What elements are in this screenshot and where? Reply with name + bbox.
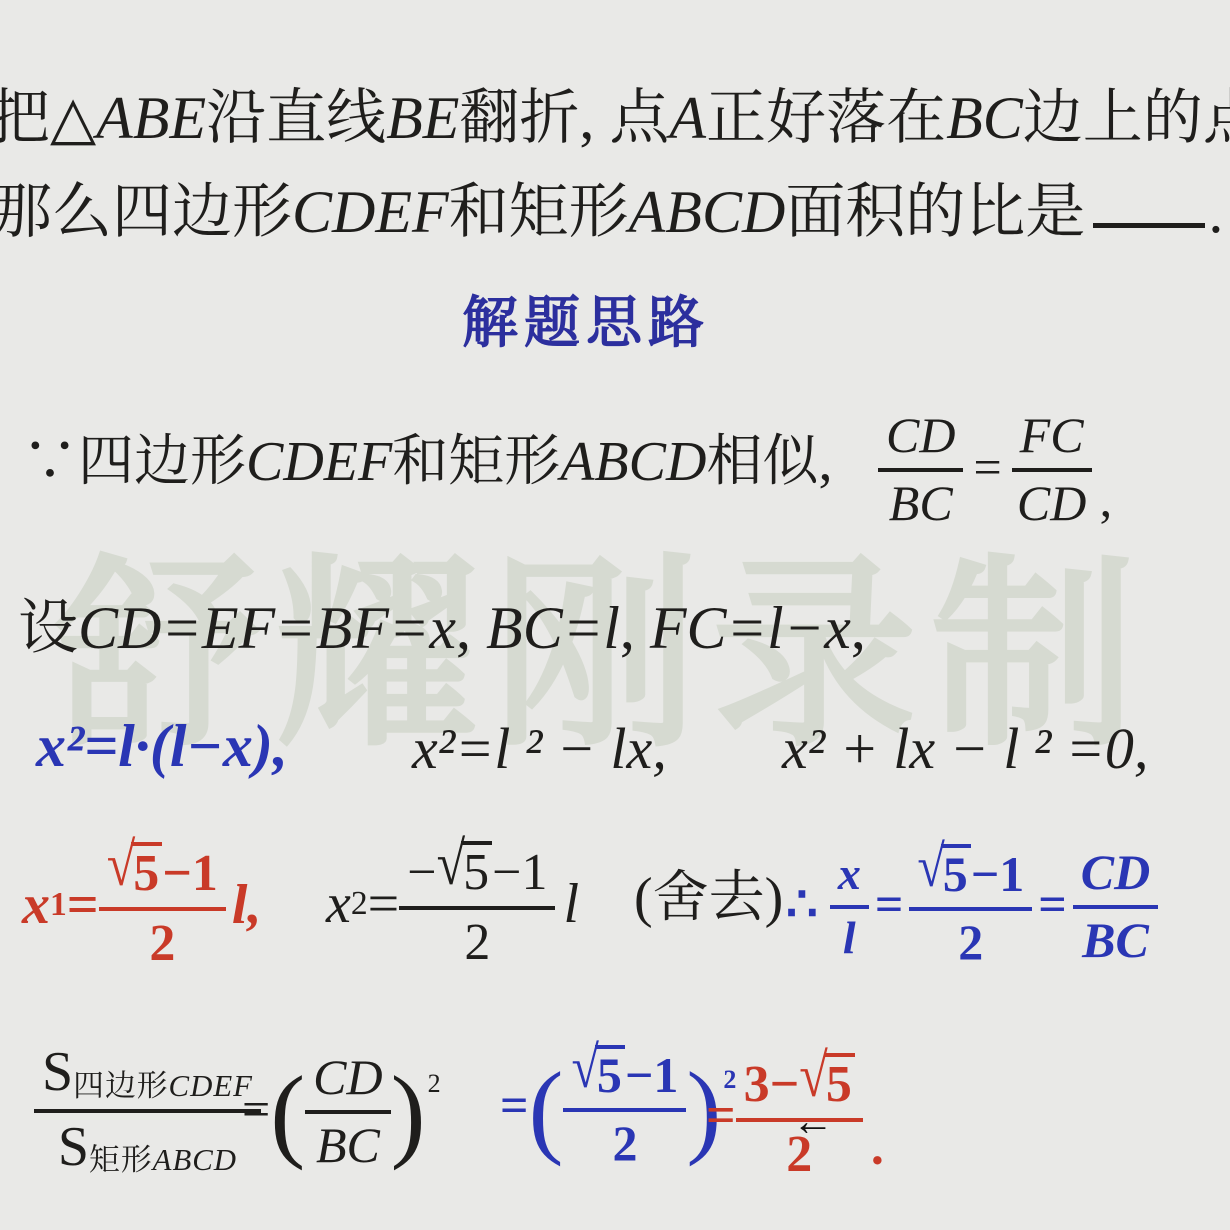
radicand: 5: [131, 842, 162, 900]
fraction-cd-bc: CD BC: [305, 1050, 390, 1171]
area-symbol-cdef: S四边形CDEF: [42, 1044, 253, 1101]
fraction-numerator: S四边形CDEF: [34, 1042, 261, 1112]
s-base: S: [58, 1119, 89, 1176]
numerator-rest: −1: [162, 847, 218, 900]
radical-sign: √: [107, 834, 136, 897]
fraction-numerator: √5−1: [909, 842, 1032, 911]
equals-sign: =: [368, 872, 400, 936]
fraction-golden: √5−1 2: [99, 840, 226, 970]
equation-3: x² + lx − l ² =0,: [782, 716, 1148, 783]
fraction-denominator: BC: [316, 1114, 380, 1171]
fraction-denominator: 2: [612, 1112, 637, 1169]
rejected-note: (舍去): [634, 866, 783, 930]
text-run: ,: [456, 595, 486, 661]
sqrt-radical: √5: [437, 841, 493, 899]
text-run: 正好落在: [706, 85, 946, 151]
fraction-denominator: BC: [1082, 909, 1149, 966]
text-run: ∵: [22, 431, 78, 493]
equation-2: x²=l ² − lx,: [412, 716, 667, 783]
squared-ratio-blue: = ( √5−1 2 ) 2: [500, 1022, 736, 1190]
problem-line-1: 把△ABE沿直线BE翻折, 点A正好落在BC边上的点: [0, 84, 1230, 153]
text-run: 把: [0, 85, 50, 151]
answer-period: .: [1208, 179, 1223, 245]
numerator-pre: 3−: [744, 1058, 800, 1111]
text-run: 和矩形: [449, 179, 629, 245]
numerator-rest: −1: [492, 846, 547, 899]
fraction-denominator: 2: [464, 910, 490, 969]
text-run: 翻折, 点: [459, 85, 669, 151]
text-run: △: [50, 85, 96, 151]
text-run: ABCD: [153, 1143, 237, 1177]
radicand: 5: [941, 844, 971, 900]
similarity-statement: ∵四边形CDEF和矩形ABCD相似,: [22, 430, 832, 494]
fraction-numerator: CD: [1073, 845, 1158, 909]
text-run: CDEF: [292, 179, 449, 245]
fraction-cd-bc: CD BC: [1073, 845, 1158, 966]
text-run: 那么四边形: [0, 179, 292, 245]
text-run: 边上的点: [1023, 85, 1230, 151]
fraction-denominator: S矩形ABCD: [58, 1113, 237, 1176]
text-run: BC=l: [486, 595, 620, 661]
subscript-2: 2: [351, 887, 368, 921]
area-ratio: S四边形CDEF S矩形ABCD: [34, 1030, 261, 1188]
equals-sign: =: [1038, 876, 1067, 934]
squared-ratio-black: = ( CD BC ) 2: [242, 1034, 441, 1186]
variable-x2: x: [326, 872, 351, 936]
text-run: ABCD: [560, 431, 706, 493]
answer-blank: [1093, 218, 1205, 228]
numerator-rest: −1: [625, 1050, 679, 1101]
equals-sign: =: [973, 439, 1001, 497]
text-run: A: [669, 85, 706, 151]
text-run: CDEF: [169, 1069, 253, 1103]
comma: ,: [1100, 471, 1113, 529]
power-2: 2: [428, 1069, 441, 1099]
text-run: 矩形: [89, 1143, 153, 1177]
fraction-golden: √5−1 2: [563, 1043, 686, 1169]
text-run: 四边形: [73, 1069, 168, 1103]
fraction-fc-cd: FC CD: [1012, 408, 1092, 529]
s-subscript: 四边形CDEF: [73, 1071, 253, 1102]
sqrt-radical: √5: [571, 1045, 624, 1101]
problem-line-2: 那么四边形CDEF和矩形ABCD面积的比是.: [0, 178, 1223, 247]
fraction-denominator: l: [843, 909, 856, 962]
text-run: CD=EF=BF=x: [78, 595, 456, 661]
text-run: 和矩形: [392, 431, 560, 493]
fraction-numerator: CD: [878, 408, 963, 472]
equals-sign: =: [500, 1077, 529, 1135]
fraction-x-l: x l: [830, 849, 869, 962]
text-run: 沿直线: [206, 85, 386, 151]
fraction-numerator: √5−1: [563, 1043, 686, 1112]
ratio-equation: CD BC = FC CD ,: [878, 392, 1112, 544]
fraction-numerator: √5−1: [99, 840, 226, 911]
minus-sign: −: [407, 846, 436, 899]
fraction-golden: √5−1 2: [909, 842, 1032, 968]
fraction-denominator: 2: [149, 911, 175, 970]
text-run: CDEF: [246, 431, 392, 493]
equals-sign: =: [242, 1081, 270, 1139]
fraction-negative-root: −√5−1 2: [399, 839, 555, 969]
fraction-denominator: CD: [1017, 472, 1086, 529]
text-run: BE: [386, 85, 459, 151]
fraction-denominator: BC: [889, 472, 953, 529]
fraction-numerator: CD: [305, 1050, 390, 1114]
equation-1: x²=l·(l−x),: [36, 712, 288, 781]
coefficient-l: l: [563, 872, 579, 936]
lecture-slide: 舒耀刚录制 把△ABE沿直线BE翻折, 点A正好落在BC边上的点 那么四边形CD…: [0, 0, 1230, 1230]
radical-sign: √: [571, 1038, 598, 1098]
fraction-areas: S四边形CDEF S矩形ABCD: [34, 1042, 261, 1175]
fraction-denominator: 2: [958, 911, 983, 968]
s-subscript: 矩形ABCD: [89, 1145, 237, 1176]
text-run: 四边形: [78, 431, 246, 493]
text-run: FC=l−x: [650, 595, 851, 661]
radicand: 5: [595, 1045, 625, 1101]
text-run: 设: [18, 595, 78, 661]
variable-x1: x: [22, 873, 50, 937]
final-period: .: [871, 1118, 884, 1178]
problem-line-2-text: 那么四边形CDEF和矩形ABCD面积的比是: [0, 179, 1085, 245]
text-run: 相似,: [706, 431, 832, 493]
let-statement: 设CD=EF=BF=x, BC=l, FC=l−x,: [18, 594, 866, 663]
numerator-rest: −1: [971, 849, 1025, 900]
s-base: S: [42, 1044, 73, 1101]
section-heading: 解题思路: [462, 292, 710, 356]
sqrt-radical: √5: [107, 842, 163, 900]
text-run: ,: [851, 595, 866, 661]
fraction-numerator: x: [830, 849, 869, 909]
equals-sign: =: [67, 873, 99, 937]
text-run: ABCD: [629, 179, 786, 245]
coefficient-l: l,: [232, 873, 262, 937]
root-x2: x2 = −√5−1 2 l: [326, 818, 579, 990]
equals-sign: =: [875, 876, 904, 934]
annotation-arrow-icon: ←: [792, 1098, 834, 1146]
subscript-1: 1: [50, 888, 67, 922]
therefore-ratio: ∴ x l = √5−1 2 = CD BC: [786, 816, 1158, 994]
fraction-numerator: −√5−1: [399, 839, 555, 910]
radical-sign: √: [437, 833, 466, 896]
fraction-cd-bc: CD BC: [878, 408, 963, 529]
radical-sign: √: [917, 837, 944, 897]
therefore-symbol: ∴: [786, 876, 818, 934]
text-run: ,: [620, 595, 650, 661]
sqrt-radical: √5: [917, 844, 970, 900]
text-run: BC: [946, 85, 1023, 151]
fraction-numerator: FC: [1012, 408, 1092, 472]
text-run: 面积的比是: [785, 179, 1085, 245]
equals-sign: =: [706, 1086, 736, 1146]
root-x1: x1 = √5−1 2 l,: [22, 820, 261, 990]
area-symbol-abcd: S矩形ABCD: [58, 1119, 237, 1176]
radicand: 5: [461, 841, 492, 899]
text-run: ABE: [96, 85, 206, 151]
